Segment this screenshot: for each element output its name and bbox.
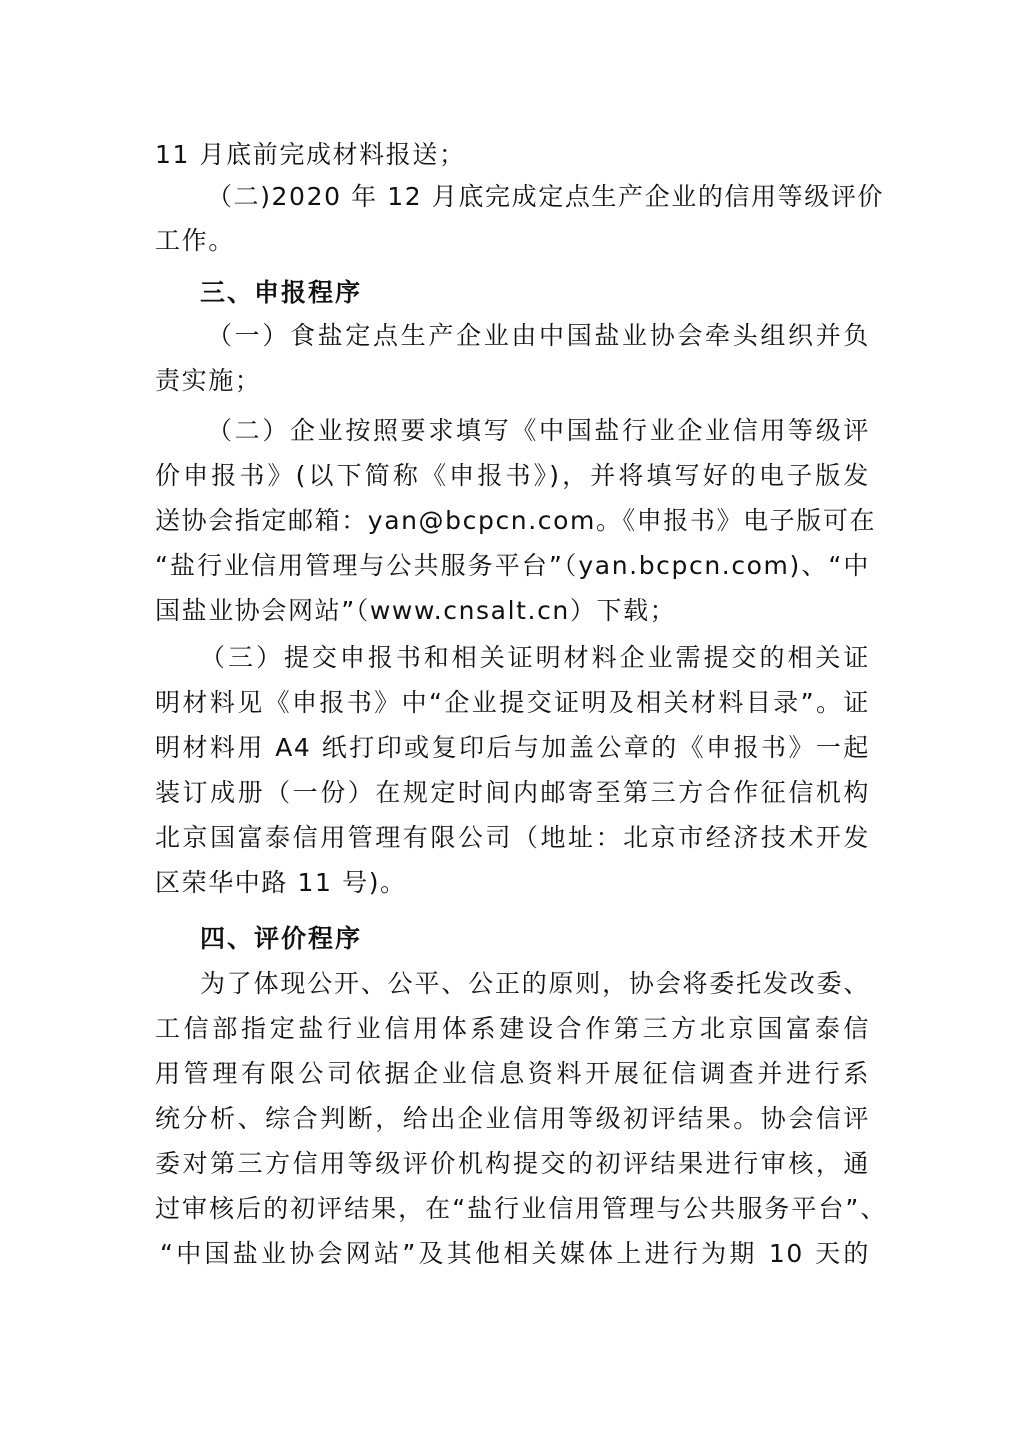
paragraph-line: 北京国富泰信用管理有限公司（地址：北京市经济技术开发 [155,817,870,859]
section-heading: 三、申报程序 [200,272,915,314]
paragraph-line: 工信部指定盐行业信用体系建设合作第三方北京国富泰信 [155,1008,870,1050]
paragraph-line: 价申报书》(以下简称《申报书》)，并将填写好的电子版发 [155,455,870,497]
paragraph-line: “盐行业信用管理与公共服务平台”（yan.bcpcn.com)、“中 [155,545,870,587]
paragraph-line: （二)2020 年 12 月底完成定点生产企业的信用等级评价 [207,176,870,218]
paragraph-line: （三）提交申报书和相关证明材料企业需提交的相关证 [200,637,870,679]
paragraph-line: 11 月底前完成材料报送； [155,134,870,176]
paragraph-line: 区荣华中路 11 号)。 [155,862,870,904]
document-page: 11 月底前完成材料报送； （二)2020 年 12 月底完成定点生产企业的信用… [0,0,1024,1448]
paragraph-line: 统分析、综合判断，给出企业信用等级初评结果。协会信评 [155,1098,870,1140]
paragraph-line: （一）食盐定点生产企业由中国盐业协会牵头组织并负 [207,315,870,357]
paragraph-line: “中国盐业协会网站”及其他相关媒体上进行为期 10 天的 [160,1233,870,1275]
paragraph-line: 国盐业协会网站”（www.cnsalt.cn）下载； [155,590,870,632]
paragraph-line: 用管理有限公司依据企业信息资料开展征信调查并进行系 [155,1053,870,1095]
paragraph-line: 工作。 [155,220,870,262]
paragraph-line: 送协会指定邮箱：yan@bcpcn.com。《申报书》电子版可在 [155,500,870,542]
paragraph-line: 过审核后的初评结果，在“盐行业信用管理与公共服务平台”、 [155,1188,887,1230]
paragraph-line: 明材料用 A4 纸打印或复印后与加盖公章的《申报书》一起 [155,727,870,769]
paragraph-line: 责实施； [155,360,870,402]
paragraph-line: （二）企业按照要求填写《中国盐行业企业信用等级评 [207,410,870,452]
paragraph-line: 委对第三方信用等级评价机构提交的初评结果进行审核，通 [155,1143,870,1185]
paragraph-line: 为了体现公开、公平、公正的原则，协会将委托发改委、 [200,963,870,1005]
paragraph-line: 装订成册（一份）在规定时间内邮寄至第三方合作征信机构 [155,772,870,814]
section-heading: 四、评价程序 [200,918,915,960]
paragraph-line: 明材料见《申报书》中“企业提交证明及相关材料目录”。证 [155,682,870,724]
